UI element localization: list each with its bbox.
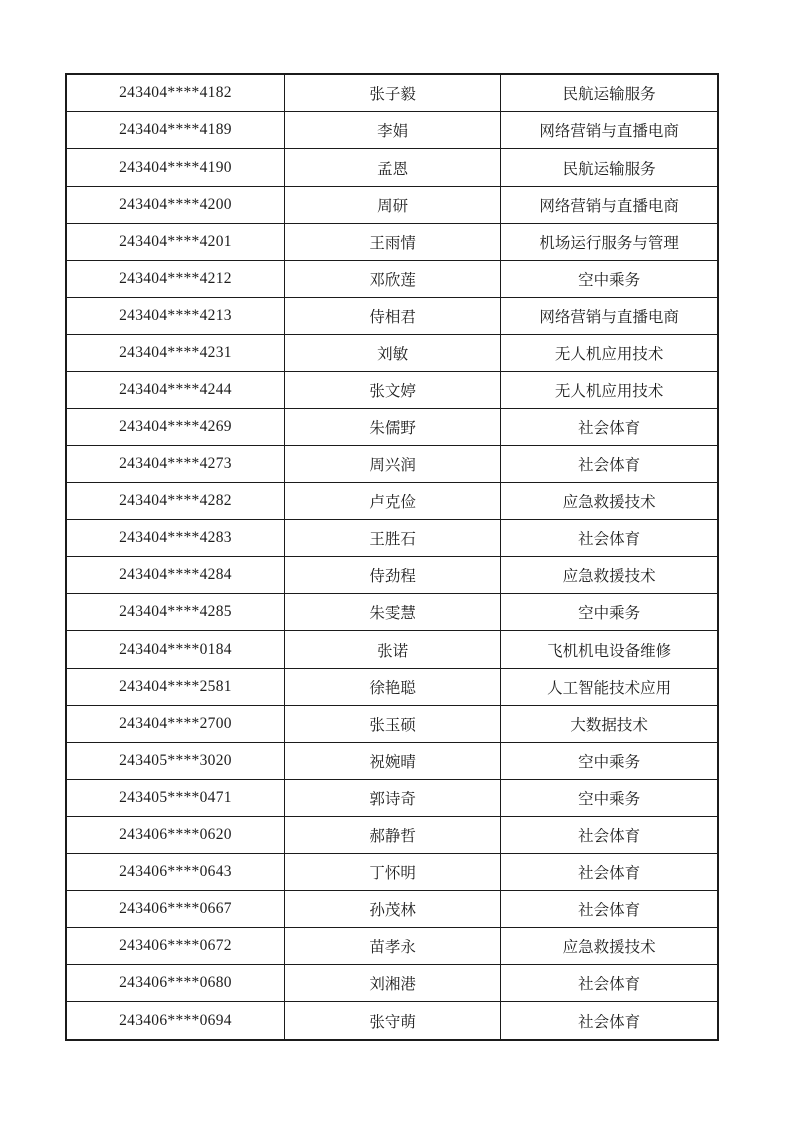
table-row: 243404****4282卢克俭应急救援技术	[66, 483, 718, 520]
table-row: 243406****0667孙茂林社会体育	[66, 891, 718, 928]
student-major-cell: 人工智能技术应用	[501, 668, 718, 705]
table-row: 243404****2700张玉硕大数据技术	[66, 705, 718, 742]
student-major-cell: 空中乘务	[501, 260, 718, 297]
table-row: 243406****0620郝静哲社会体育	[66, 816, 718, 853]
student-major-cell: 应急救援技术	[501, 557, 718, 594]
student-id-cell: 243404****4285	[66, 594, 284, 631]
student-major-cell: 社会体育	[501, 816, 718, 853]
student-name-cell: 刘湘港	[284, 965, 500, 1002]
table-row: 243404****2581徐艳聪人工智能技术应用	[66, 668, 718, 705]
student-major-cell: 大数据技术	[501, 705, 718, 742]
table-row: 243404****4283王胜石社会体育	[66, 520, 718, 557]
student-name-cell: 孙茂林	[284, 891, 500, 928]
student-id-cell: 243404****4282	[66, 483, 284, 520]
student-major-cell: 应急救援技术	[501, 483, 718, 520]
table-row: 243404****4284侍劲程应急救援技术	[66, 557, 718, 594]
student-major-cell: 社会体育	[501, 965, 718, 1002]
student-id-cell: 243404****4190	[66, 149, 284, 186]
table-row: 243404****4190孟恩民航运输服务	[66, 149, 718, 186]
student-id-cell: 243404****0184	[66, 631, 284, 668]
student-major-cell: 社会体育	[501, 1002, 718, 1040]
student-major-cell: 社会体育	[501, 853, 718, 890]
student-id-cell: 243405****0471	[66, 779, 284, 816]
table-row: 243406****0672苗孝永应急救援技术	[66, 928, 718, 965]
student-major-cell: 社会体育	[501, 446, 718, 483]
table-row: 243406****0680刘湘港社会体育	[66, 965, 718, 1002]
table-row: 243406****0694张守萌社会体育	[66, 1002, 718, 1040]
student-name-cell: 周兴润	[284, 446, 500, 483]
table-row: 243404****4213侍相君网络营销与直播电商	[66, 297, 718, 334]
roster-body: 243404****4182张子毅民航运输服务243404****4189李娟网…	[66, 74, 718, 1040]
student-major-cell: 机场运行服务与管理	[501, 223, 718, 260]
student-name-cell: 朱儒野	[284, 409, 500, 446]
student-major-cell: 飞机机电设备维修	[501, 631, 718, 668]
student-major-cell: 民航运输服务	[501, 74, 718, 112]
student-id-cell: 243406****0672	[66, 928, 284, 965]
table-row: 243404****4189李娟网络营销与直播电商	[66, 112, 718, 149]
student-name-cell: 张玉硕	[284, 705, 500, 742]
student-id-cell: 243404****4269	[66, 409, 284, 446]
student-major-cell: 网络营销与直播电商	[501, 186, 718, 223]
student-name-cell: 徐艳聪	[284, 668, 500, 705]
student-id-cell: 243404****4213	[66, 297, 284, 334]
table-row: 243404****4212邓欣莲空中乘务	[66, 260, 718, 297]
table-row: 243406****0643丁怀明社会体育	[66, 853, 718, 890]
student-name-cell: 卢克俭	[284, 483, 500, 520]
student-major-cell: 社会体育	[501, 891, 718, 928]
student-id-cell: 243406****0680	[66, 965, 284, 1002]
table-row: 243404****4285朱雯慧空中乘务	[66, 594, 718, 631]
student-id-cell: 243404****4283	[66, 520, 284, 557]
student-major-cell: 民航运输服务	[501, 149, 718, 186]
student-id-cell: 243404****4273	[66, 446, 284, 483]
document-page: 243404****4182张子毅民航运输服务243404****4189李娟网…	[0, 0, 793, 1122]
student-name-cell: 侍劲程	[284, 557, 500, 594]
student-name-cell: 张子毅	[284, 74, 500, 112]
student-id-cell: 243404****4244	[66, 371, 284, 408]
student-major-cell: 空中乘务	[501, 742, 718, 779]
student-major-cell: 无人机应用技术	[501, 371, 718, 408]
student-name-cell: 张诺	[284, 631, 500, 668]
student-major-cell: 社会体育	[501, 409, 718, 446]
student-name-cell: 郝静哲	[284, 816, 500, 853]
student-id-cell: 243404****4182	[66, 74, 284, 112]
student-major-cell: 网络营销与直播电商	[501, 297, 718, 334]
student-name-cell: 王雨情	[284, 223, 500, 260]
student-id-cell: 243404****4231	[66, 334, 284, 371]
student-name-cell: 邓欣莲	[284, 260, 500, 297]
student-name-cell: 苗孝永	[284, 928, 500, 965]
student-name-cell: 郭诗奇	[284, 779, 500, 816]
student-major-cell: 社会体育	[501, 520, 718, 557]
student-name-cell: 张守萌	[284, 1002, 500, 1040]
table-row: 243404****0184张诺飞机机电设备维修	[66, 631, 718, 668]
student-id-cell: 243406****0643	[66, 853, 284, 890]
table-row: 243404****4201王雨情机场运行服务与管理	[66, 223, 718, 260]
student-major-cell: 应急救援技术	[501, 928, 718, 965]
student-name-cell: 张文婷	[284, 371, 500, 408]
student-name-cell: 王胜石	[284, 520, 500, 557]
student-id-cell: 243406****0620	[66, 816, 284, 853]
student-name-cell: 祝婉晴	[284, 742, 500, 779]
table-row: 243405****3020祝婉晴空中乘务	[66, 742, 718, 779]
student-name-cell: 李娟	[284, 112, 500, 149]
student-name-cell: 朱雯慧	[284, 594, 500, 631]
student-major-cell: 空中乘务	[501, 779, 718, 816]
student-id-cell: 243404****4284	[66, 557, 284, 594]
table-row: 243404****4269朱儒野社会体育	[66, 409, 718, 446]
table-row: 243404****4200周研网络营销与直播电商	[66, 186, 718, 223]
table-row: 243404****4182张子毅民航运输服务	[66, 74, 718, 112]
student-major-cell: 空中乘务	[501, 594, 718, 631]
student-id-cell: 243404****2700	[66, 705, 284, 742]
student-id-cell: 243406****0667	[66, 891, 284, 928]
student-name-cell: 刘敏	[284, 334, 500, 371]
student-id-cell: 243404****2581	[66, 668, 284, 705]
student-id-cell: 243404****4201	[66, 223, 284, 260]
student-name-cell: 侍相君	[284, 297, 500, 334]
table-row: 243404****4231刘敏无人机应用技术	[66, 334, 718, 371]
table-row: 243404****4273周兴润社会体育	[66, 446, 718, 483]
student-name-cell: 丁怀明	[284, 853, 500, 890]
student-id-cell: 243406****0694	[66, 1002, 284, 1040]
student-name-cell: 周研	[284, 186, 500, 223]
student-major-cell: 无人机应用技术	[501, 334, 718, 371]
table-row: 243405****0471郭诗奇空中乘务	[66, 779, 718, 816]
student-major-cell: 网络营销与直播电商	[501, 112, 718, 149]
student-roster-table: 243404****4182张子毅民航运输服务243404****4189李娟网…	[65, 73, 719, 1041]
student-name-cell: 孟恩	[284, 149, 500, 186]
student-id-cell: 243404****4212	[66, 260, 284, 297]
student-id-cell: 243405****3020	[66, 742, 284, 779]
student-id-cell: 243404****4200	[66, 186, 284, 223]
table-row: 243404****4244张文婷无人机应用技术	[66, 371, 718, 408]
student-id-cell: 243404****4189	[66, 112, 284, 149]
